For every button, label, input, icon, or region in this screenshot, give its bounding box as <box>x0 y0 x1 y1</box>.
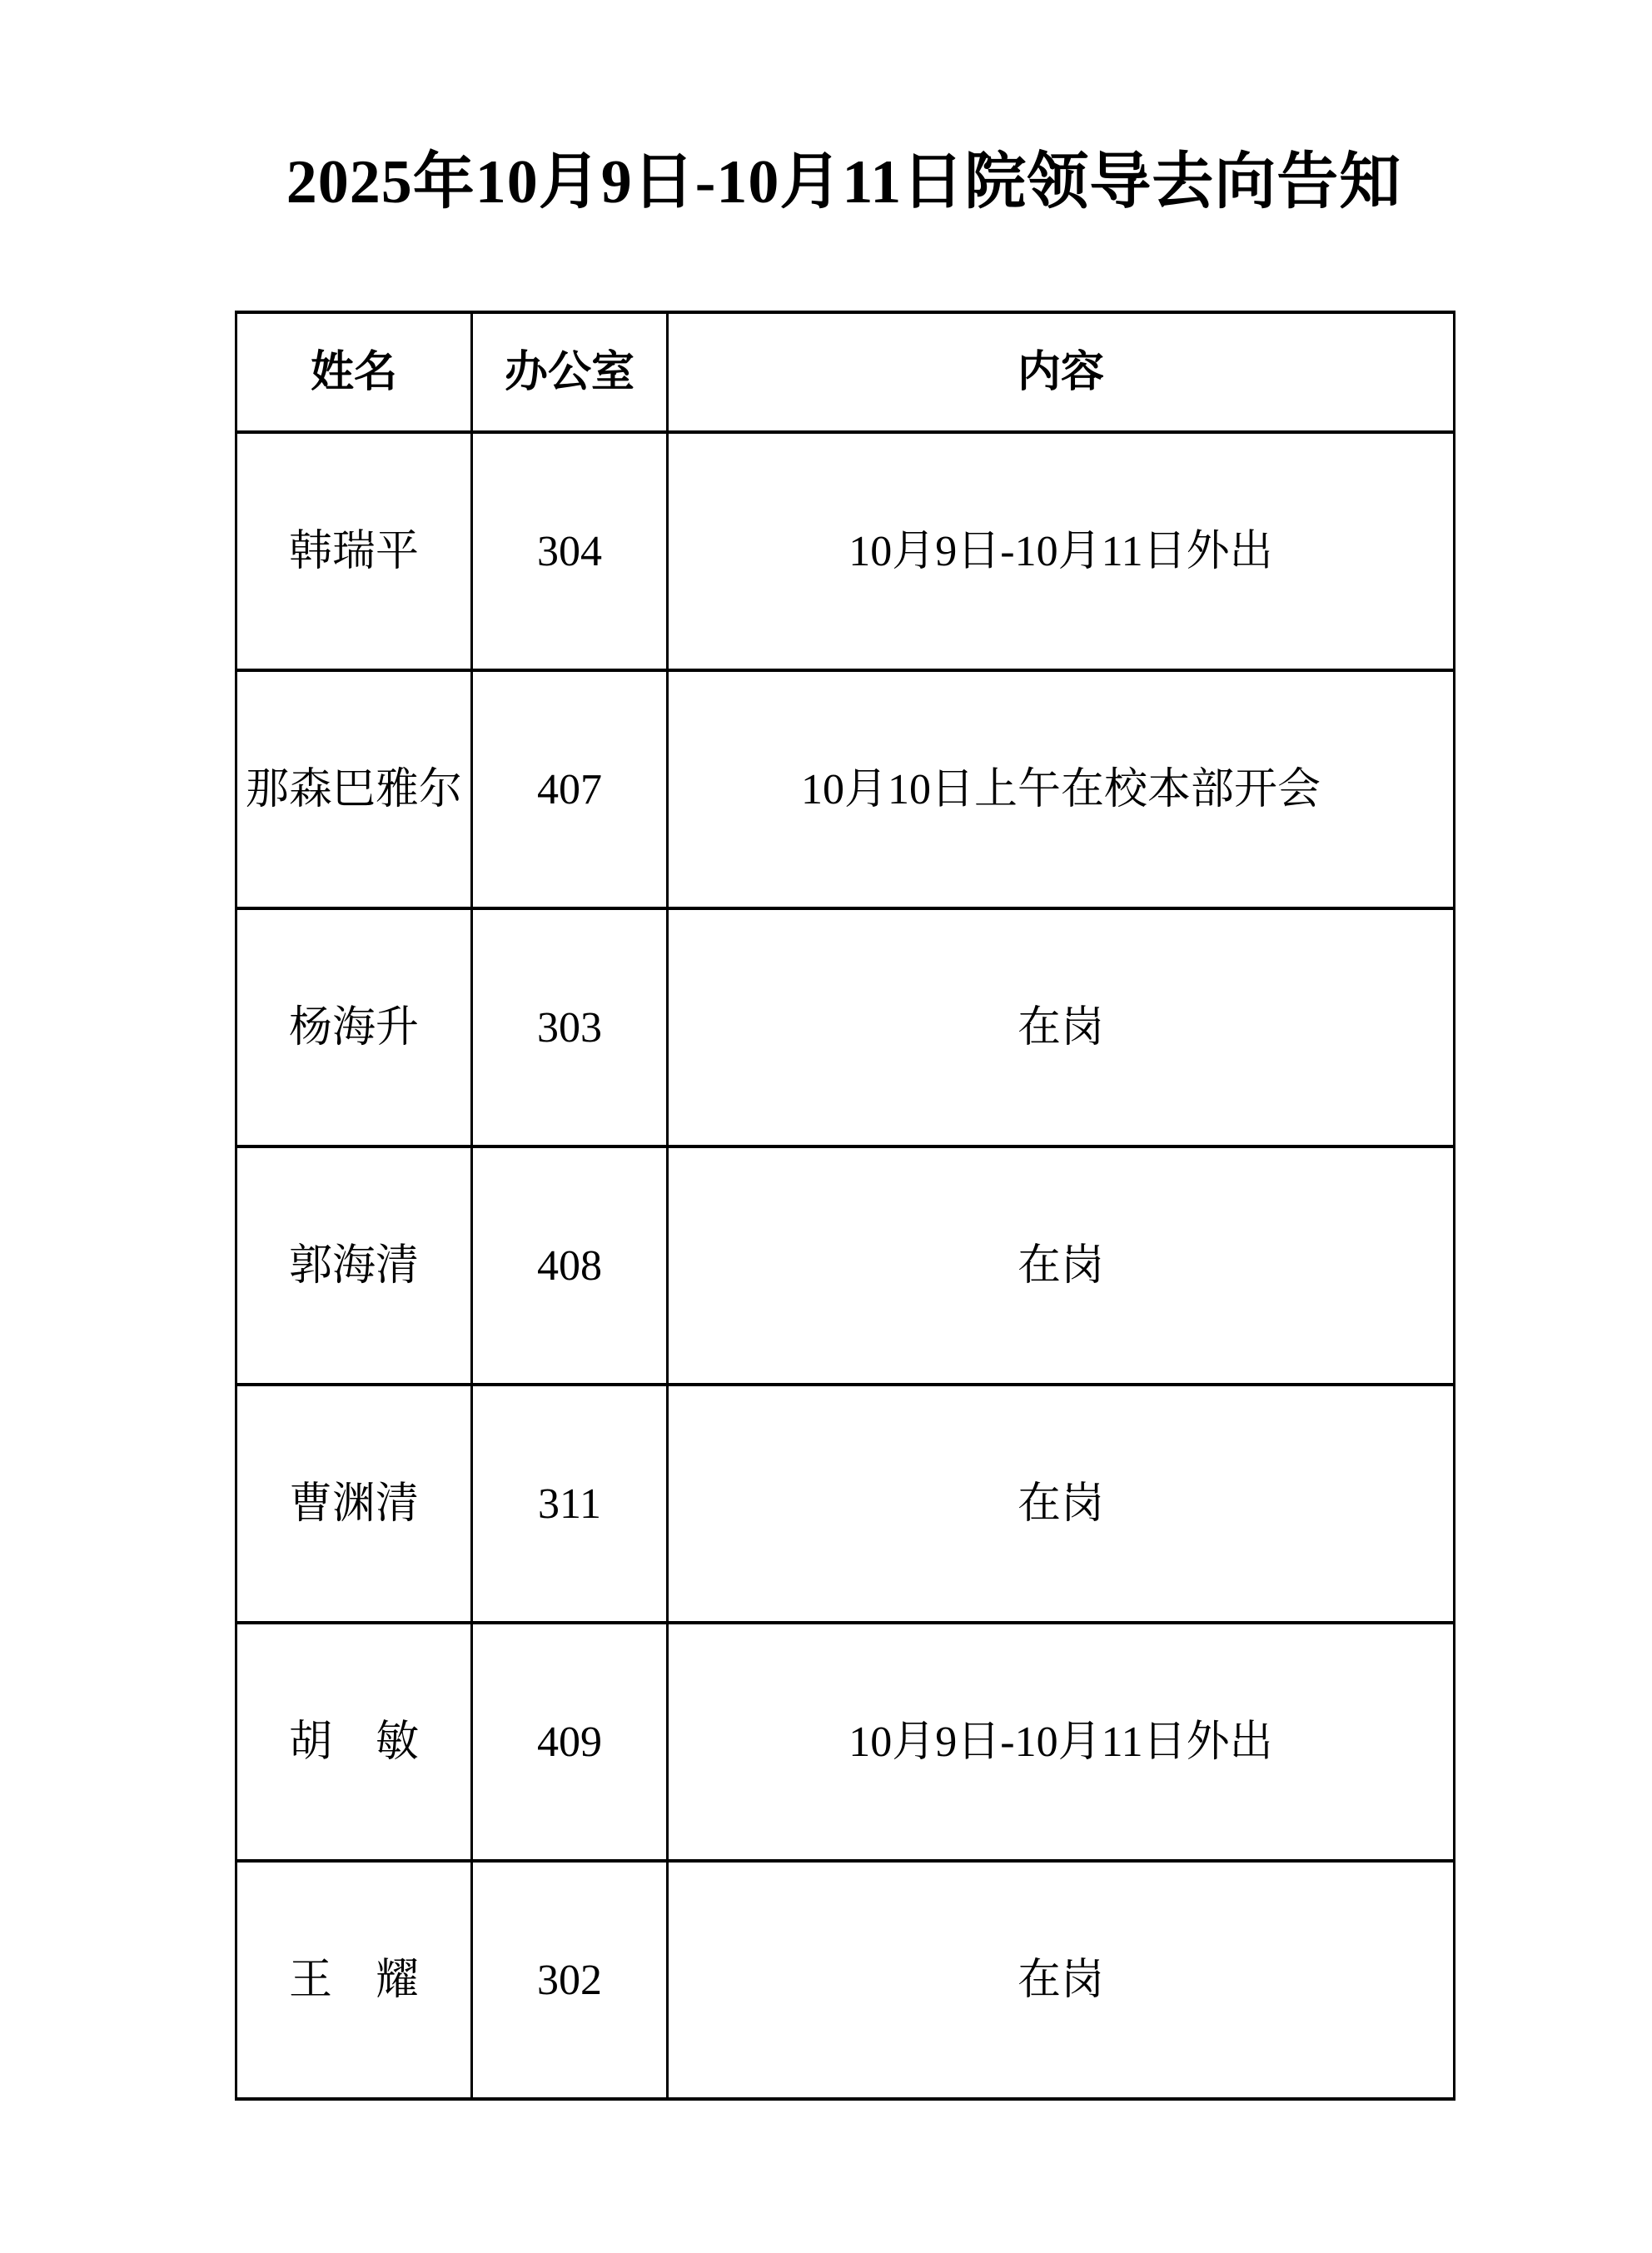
office-cell: 409 <box>472 1623 668 1861</box>
name-cell: 王 耀 <box>236 1861 472 2099</box>
name-cell: 杨海升 <box>236 908 472 1146</box>
name-cell: 曹渊清 <box>236 1385 472 1623</box>
header-cell-content: 内容 <box>668 312 1455 432</box>
table-row: 韩瑞平 304 10月9日-10月11日外出 <box>236 432 1455 670</box>
office-cell: 304 <box>472 432 668 670</box>
table-row: 那森巴雅尔 407 10月10日上午在校本部开会 <box>236 670 1455 908</box>
office-cell: 408 <box>472 1146 668 1385</box>
content-cell: 10月9日-10月11日外出 <box>668 1623 1455 1861</box>
table-row: 曹渊清 311 在岗 <box>236 1385 1455 1623</box>
content-cell: 在岗 <box>668 1861 1455 2099</box>
office-cell: 302 <box>472 1861 668 2099</box>
table-row: 杨海升 303 在岗 <box>236 908 1455 1146</box>
content-cell: 10月10日上午在校本部开会 <box>668 670 1455 908</box>
name-cell: 胡 敏 <box>236 1623 472 1861</box>
leadership-whereabouts-table: 姓名 办公室 内容 韩瑞平 304 10月9日-10月11日外出 那森巴雅尔 4… <box>235 311 1455 2101</box>
name-cell: 韩瑞平 <box>236 432 472 670</box>
table-row: 郭海清 408 在岗 <box>236 1146 1455 1385</box>
document-page: { "page": { "title": "2025年10月9日-10月11日院… <box>0 0 1652 2253</box>
table-header-row: 姓名 办公室 内容 <box>236 312 1455 432</box>
office-cell: 407 <box>472 670 668 908</box>
name-cell: 那森巴雅尔 <box>236 670 472 908</box>
table-row: 胡 敏 409 10月9日-10月11日外出 <box>236 1623 1455 1861</box>
content-cell: 在岗 <box>668 1146 1455 1385</box>
content-cell: 在岗 <box>668 908 1455 1146</box>
header-cell-name: 姓名 <box>236 312 472 432</box>
name-cell: 郭海清 <box>236 1146 472 1385</box>
page-title: 2025年10月9日-10月11日院领导去向告知 <box>235 152 1453 213</box>
content-cell: 10月9日-10月11日外出 <box>668 432 1455 670</box>
office-cell: 303 <box>472 908 668 1146</box>
header-cell-office: 办公室 <box>472 312 668 432</box>
table-row: 王 耀 302 在岗 <box>236 1861 1455 2099</box>
content-cell: 在岗 <box>668 1385 1455 1623</box>
office-cell: 311 <box>472 1385 668 1623</box>
